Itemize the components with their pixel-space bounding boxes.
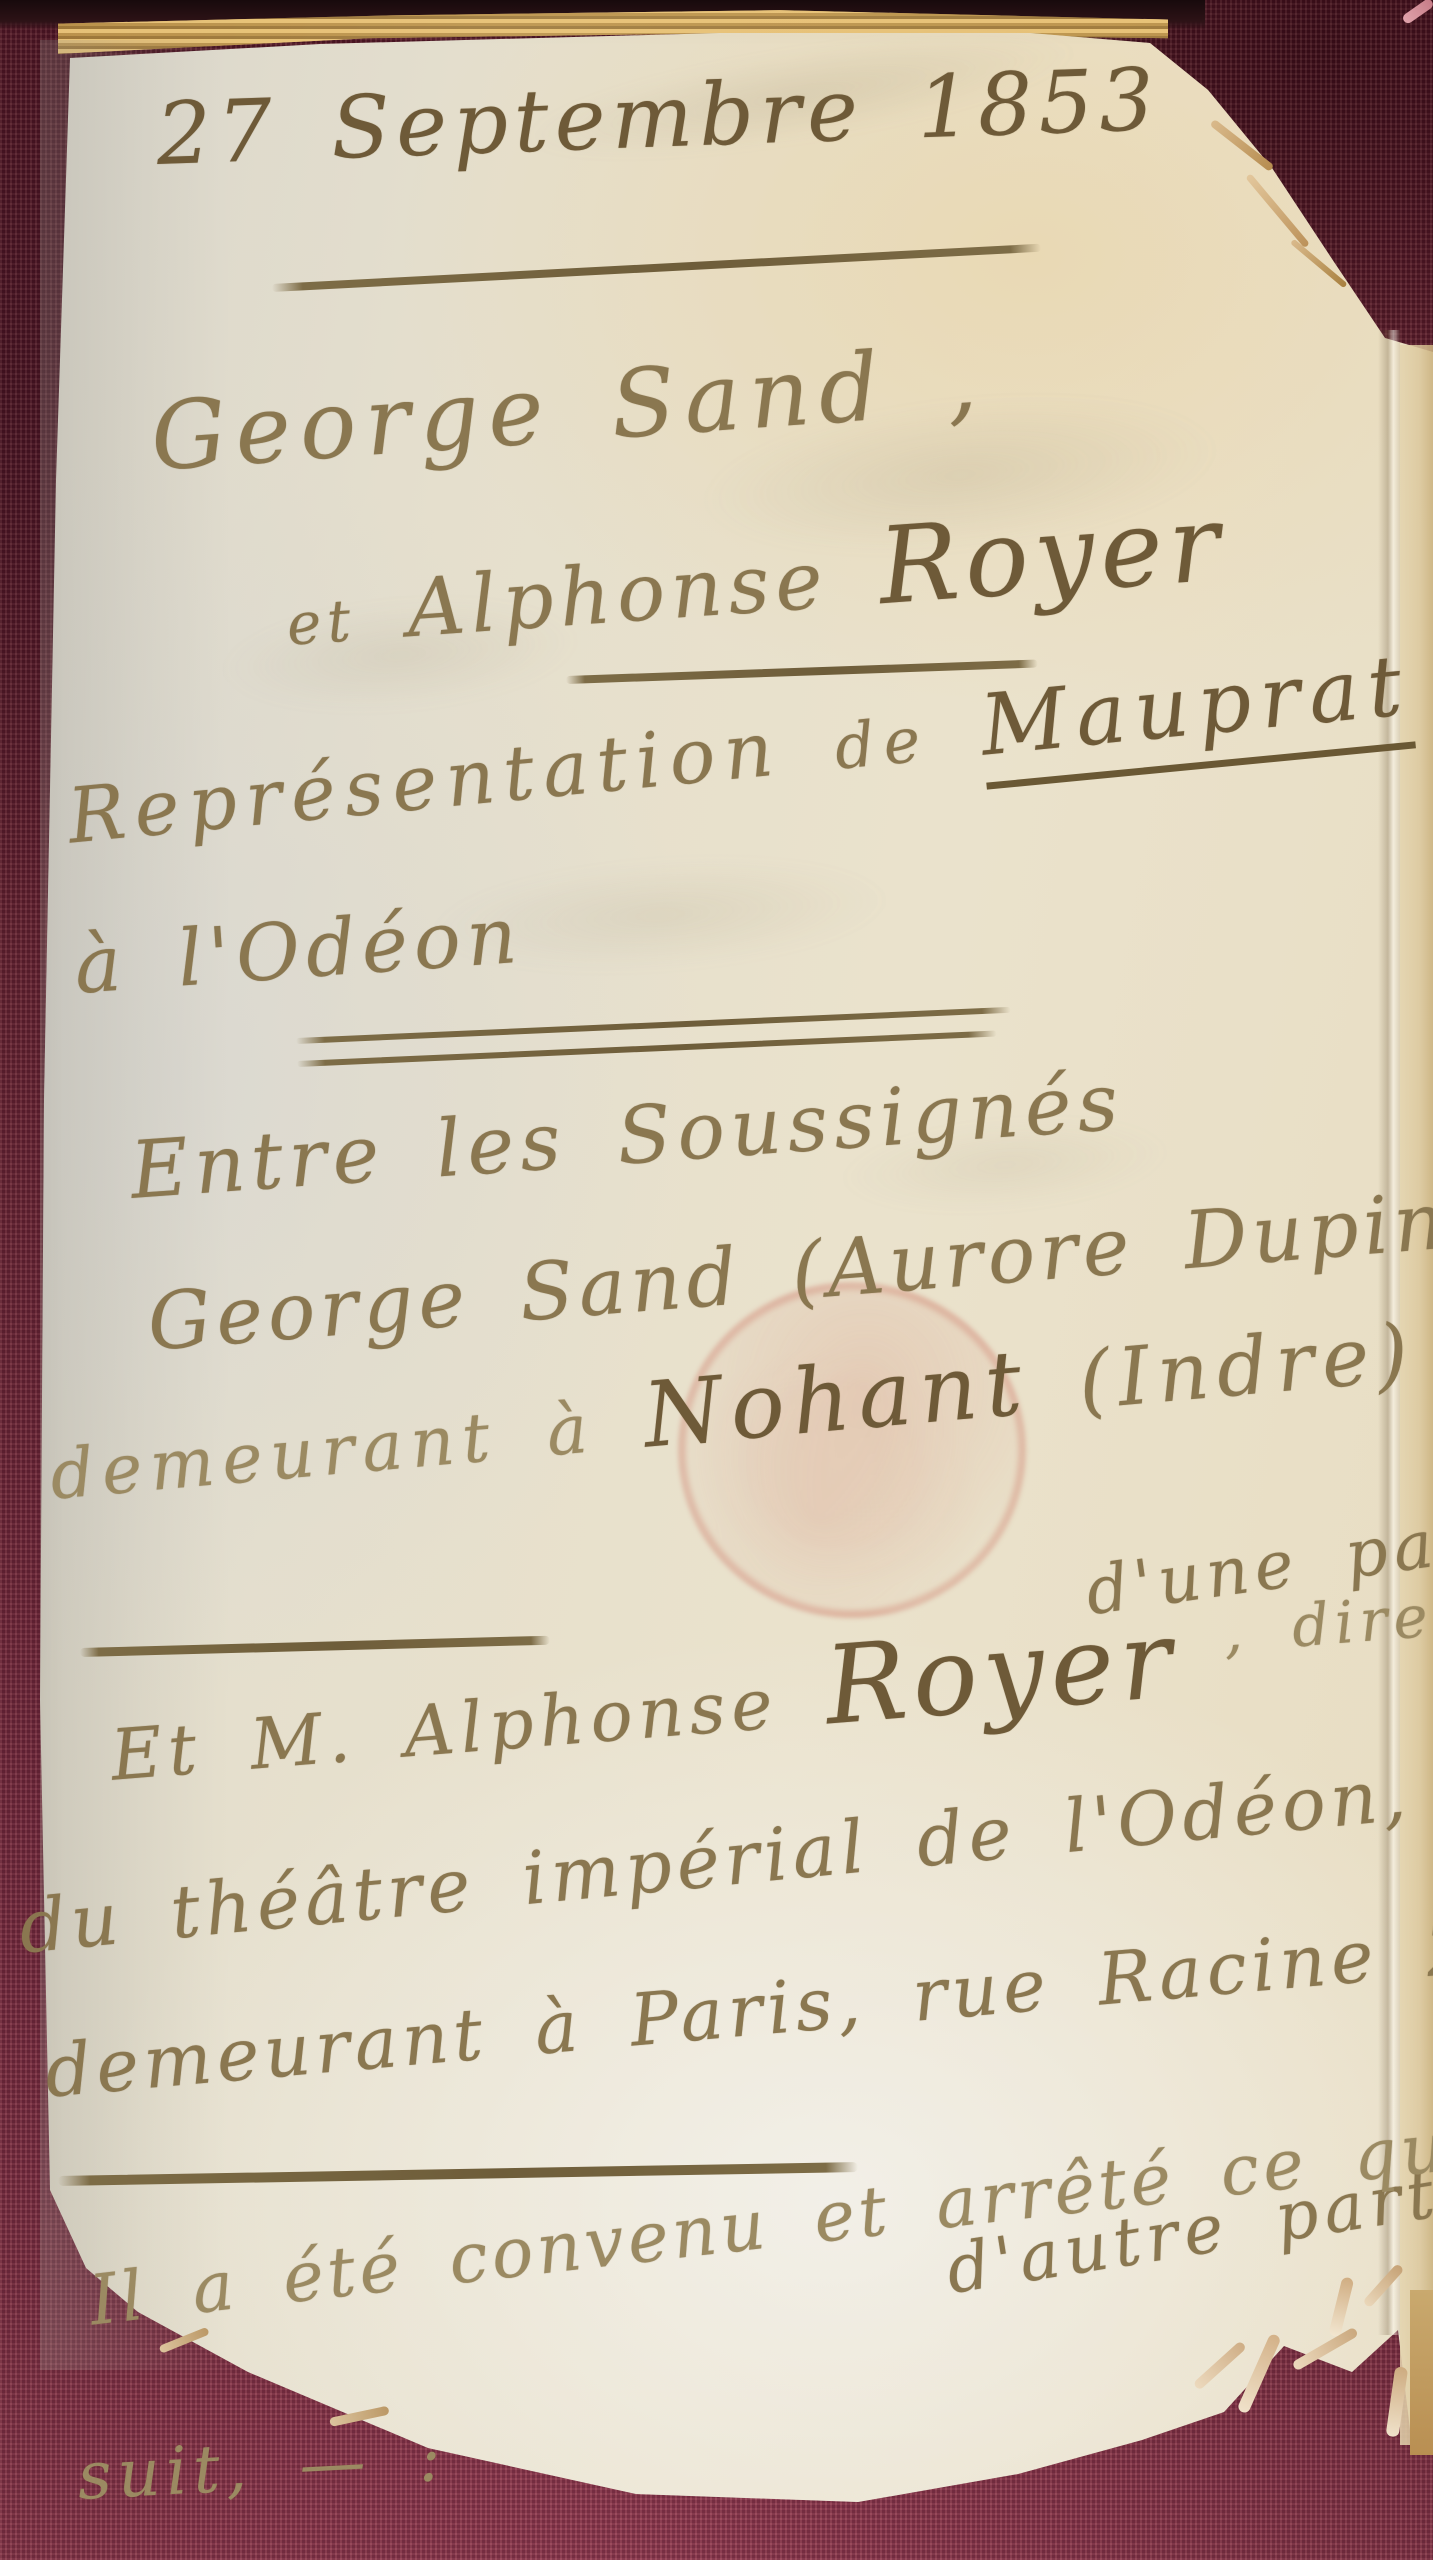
agreement-line-2: suit, — :: [76, 2425, 448, 2510]
book-edge-bottom-right: [1410, 2290, 1433, 2455]
manuscript-photo: 27 Septembre 1853 George Sand , et Alpho…: [0, 0, 1433, 2560]
party2-last-name: Royer: [875, 481, 1230, 628]
party2-et: et: [284, 586, 358, 659]
title-de: de: [831, 702, 932, 784]
